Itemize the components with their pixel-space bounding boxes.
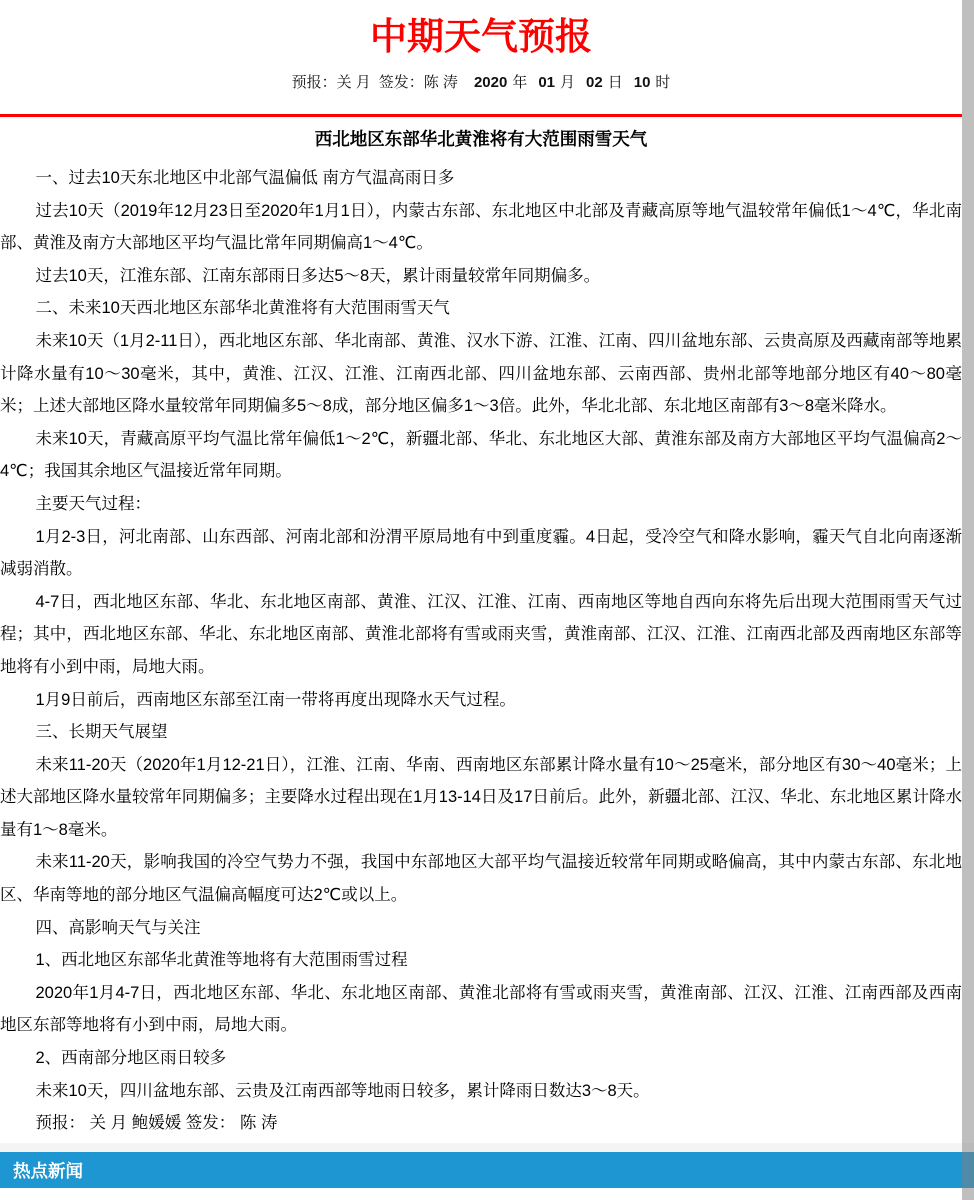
issue-hour: 10	[634, 74, 651, 91]
paragraph: 1月2-3日，河北南部、山东西部、河南北部和汾渭平原局地有中到重度霾。4日起，受…	[0, 521, 962, 586]
forecaster-label: 预报：	[292, 74, 337, 91]
issue-day: 02	[586, 74, 603, 91]
issue-year: 2020	[474, 74, 507, 91]
bulletin-document: 中期天气预报 预报：关 月签发：陈 涛2020年01月02日10时 西北地区东部…	[0, 14, 962, 1140]
paragraph: 未来11-20天，影响我国的冷空气势力不强，我国中东部地区大部平均气温接近较常年…	[0, 846, 962, 911]
paragraph: 过去10天，江淮东部、江南东部雨日多达5～8天，累计雨量较常年同期偏多。	[0, 260, 962, 293]
section-4-heading: 四、高影响天气与关注	[0, 912, 962, 945]
bulletin-subtitle: 西北地区东部华北黄淮将有大范围雨雪天气	[0, 128, 962, 150]
issue-hour-unit: 时	[655, 74, 670, 91]
vertical-scrollbar[interactable]	[962, 0, 974, 1200]
forecaster-name: 关 月	[337, 74, 371, 91]
section-1-heading: 一、过去10天东北地区中北部气温偏低 南方气温高雨日多	[0, 162, 962, 195]
paragraph: 未来10天，青藏高原平均气温比常年偏低1～2℃，新疆北部、华北、东北地区大部、黄…	[0, 423, 962, 488]
hot-news-bar[interactable]: 热点新闻	[0, 1152, 974, 1188]
weather-process-label: 主要天气过程：	[0, 488, 962, 521]
section-gap-strip	[0, 1143, 974, 1152]
issue-month: 01	[538, 74, 555, 91]
section-2-heading: 二、未来10天西北地区东部华北黄淮将有大范围雨雪天气	[0, 292, 962, 325]
hot-news-section: 热点新闻	[0, 1143, 974, 1188]
paragraph: 4-7日，西北地区东部、华北、东北地区南部、黄淮、江汉、江淮、江南、西南地区等地…	[0, 586, 962, 684]
section-3-heading: 三、长期天气展望	[0, 716, 962, 749]
issuer-name: 陈 涛	[424, 74, 458, 91]
paragraph: 未来10天（1月2-11日），西北地区东部、华北南部、黄淮、汉水下游、江淮、江南…	[0, 325, 962, 423]
page-title: 中期天气预报	[0, 14, 962, 60]
hot-news-label: 热点新闻	[0, 1158, 83, 1183]
issue-year-unit: 年	[512, 74, 527, 91]
paragraph: 未来11-20天（2020年1月12-21日），江淮、江南、华南、西南地区东部累…	[0, 749, 962, 847]
byline: 预报：关 月签发：陈 涛2020年01月02日10时	[0, 73, 962, 93]
signature-line: 预报： 关 月 鲍媛媛 签发： 陈 涛	[0, 1107, 962, 1140]
paragraph: 过去10天（2019年12月23日至2020年1月1日），内蒙古东部、东北地区中…	[0, 195, 962, 260]
red-divider-rule	[0, 114, 962, 117]
paragraph: 未来10天，四川盆地东部、云贵及江南西部等地雨日较多，累计降雨日数达3～8天。	[0, 1075, 962, 1108]
bulletin-body: 一、过去10天东北地区中北部气温偏低 南方气温高雨日多 过去10天（2019年1…	[0, 162, 962, 1140]
issue-month-unit: 月	[560, 74, 575, 91]
issuer-label: 签发：	[379, 74, 424, 91]
sub-heading-1: 1、西北地区东部华北黄淮等地将有大范围雨雪过程	[0, 944, 962, 977]
paragraph: 2020年1月4-7日，西北地区东部、华北、东北地区南部、黄淮北部将有雪或雨夹雪…	[0, 977, 962, 1042]
issue-day-unit: 日	[608, 74, 623, 91]
paragraph: 1月9日前后，西南地区东部至江南一带将再度出现降水天气过程。	[0, 684, 962, 717]
sub-heading-2: 2、西南部分地区雨日较多	[0, 1042, 962, 1075]
